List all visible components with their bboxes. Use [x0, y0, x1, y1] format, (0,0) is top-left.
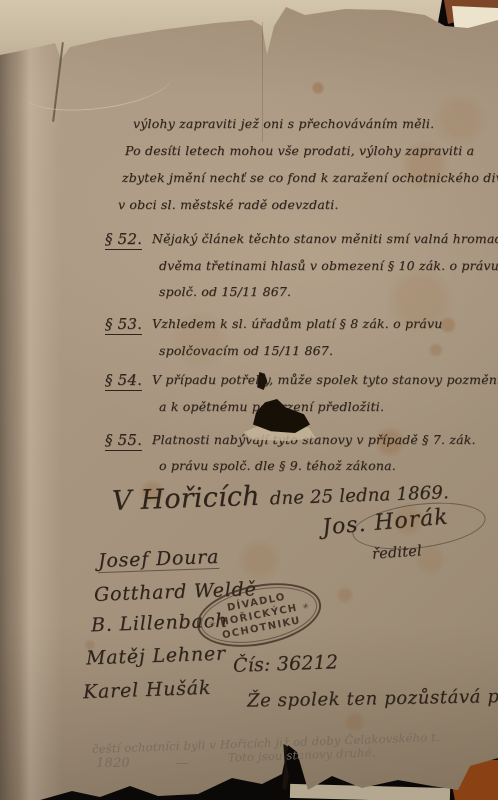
signature: Josef Doura	[98, 546, 220, 573]
section-heading-52: § 52.	[105, 230, 142, 250]
pencil-dash: —	[176, 756, 189, 771]
bottom-sentence: Že spolek ten pozůstává podle	[247, 685, 498, 711]
manuscript-photo: výlohy zapraviti jež oni s přechováváním…	[0, 0, 498, 800]
manuscript-line: zbytek jmění nechť se co fond k zaražení…	[122, 170, 498, 185]
manuscript-line: spolčovacím od 15/11 867.	[159, 343, 333, 358]
signature: Karel Hušák	[83, 677, 212, 703]
stamp-star-right: ✳	[302, 601, 310, 611]
manuscript-line: Platnosti nabývají tyto stanovy v případ…	[152, 432, 476, 447]
document-number: Čís: 36212	[233, 651, 339, 677]
manuscript-line: Po desíti letech mohou vše prodati, výlo…	[125, 143, 474, 158]
dateline-place: V Hořicích	[112, 481, 261, 517]
section-heading-53: § 53.	[105, 315, 142, 335]
manuscript-line: v obci sl. městské radě odevzdati.	[118, 197, 339, 212]
manuscript-line: V případu potřeby, může spolek tyto stan…	[152, 372, 498, 387]
manuscript-line: o právu spolč. dle § 9. téhož zákona.	[159, 458, 396, 473]
manuscript-line: Nějaký článek těchto stanov měniti smí v…	[152, 231, 498, 246]
manuscript-line: výlohy zapraviti jež oni s přechováváním…	[133, 116, 434, 131]
manuscript-line: Vzhledem k sl. úřadům platí § 8 zák. o p…	[152, 316, 443, 331]
pencil-year: 1820	[96, 756, 130, 771]
section-heading-54: § 54.	[105, 371, 142, 391]
manuscript-line: dvěma třetinami hlasů v obmezení § 10 zá…	[159, 258, 498, 273]
section-heading-55: § 55.	[105, 431, 142, 451]
manuscript-line: spolč. od 15/11 867.	[159, 284, 291, 299]
stamp-star-left: ✳	[208, 619, 216, 629]
